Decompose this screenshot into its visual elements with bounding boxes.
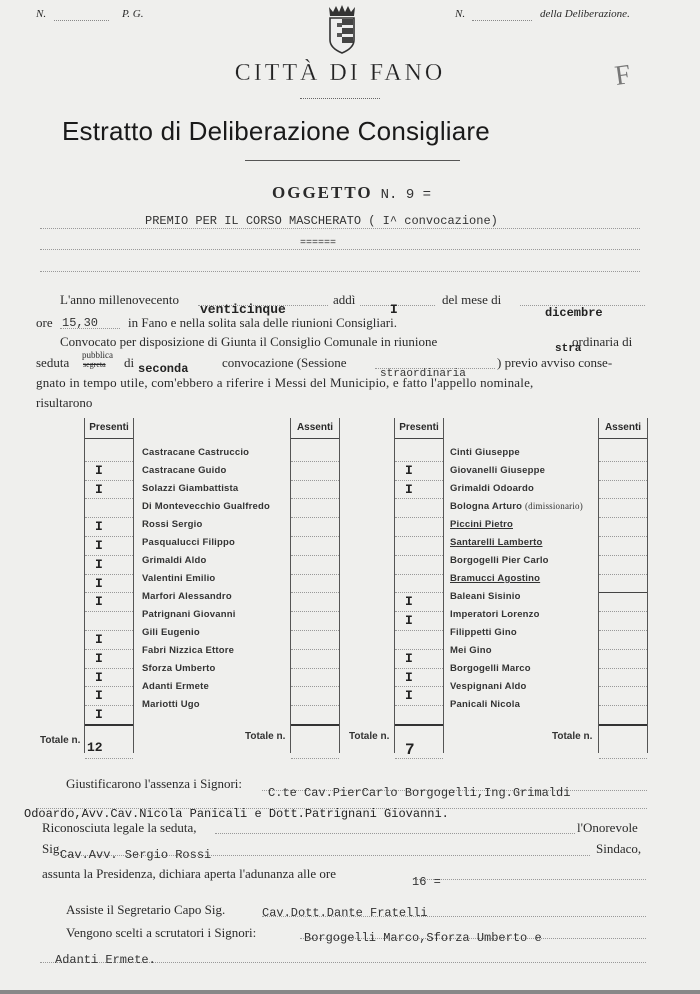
left-assenti-cell[interactable]	[291, 650, 339, 669]
giustificarono-value-1: C.te Cav.PierCarlo Borgogelli,Ing.Grimal…	[268, 786, 570, 800]
right-presenti-header: Presenti	[395, 418, 443, 439]
left-presenti-total-cell[interactable]: 12	[85, 734, 133, 759]
convocazione-value: seconda	[138, 362, 188, 376]
right-presenti-cell[interactable]	[395, 518, 443, 537]
right-assenti-header: Assenti	[599, 418, 647, 439]
left-assenti-cell[interactable]	[291, 537, 339, 556]
segretario-label: Assiste il Segretario Capo Sig.	[66, 902, 225, 918]
member-name: Marfori Alessandro	[142, 591, 232, 602]
left-presenti-cell[interactable]: I	[85, 556, 133, 575]
presenti-total-value: 7	[405, 742, 415, 759]
seduta-segreta: segreta	[83, 360, 106, 369]
member-name: Patrignani Giovanni	[142, 609, 236, 620]
convocato-text: Convocato per disposizione di Giunta il …	[60, 334, 437, 350]
member-name: Santarelli Lamberto	[450, 537, 543, 548]
member-name: Bologna Arturo (dimissionario)	[450, 501, 583, 512]
left-presenti-cell[interactable]: I	[85, 518, 133, 537]
protocol-number-field	[54, 8, 109, 21]
left-assenti-cell[interactable]	[291, 443, 339, 462]
right-assenti-cell[interactable]	[599, 518, 647, 537]
right-presenti-cell[interactable]	[395, 631, 443, 650]
seduta-pubblica: pubblica	[82, 350, 113, 360]
scrutatori-label: Vengono scelti a scrutatori i Signori:	[66, 925, 256, 941]
member-name: Rossi Sergio	[142, 519, 202, 530]
member-name: Castracane Guido	[142, 465, 227, 476]
member-note: (dimissionario)	[525, 501, 583, 511]
right-presenti-cell[interactable]: I	[395, 687, 443, 706]
presence-mark: I	[95, 518, 103, 535]
left-presenti-cell[interactable]	[85, 499, 133, 518]
protocol-number-label: N.	[36, 8, 46, 20]
right-assenti-column: Assenti	[598, 418, 648, 753]
presidenza-label: assunta la Presidenza, dichiara aperta l…	[42, 866, 336, 882]
right-presenti-column: Presenti I I I I I I I 7	[394, 418, 444, 753]
left-presenti-cell[interactable]: I	[85, 687, 133, 706]
left-presenti-cell[interactable]: I	[85, 575, 133, 594]
member-name: Borgogelli Pier Carlo	[450, 555, 549, 566]
right-presenti-cell[interactable]	[395, 706, 443, 726]
ordinaria-text: ordinaria di	[572, 334, 632, 350]
left-assenti-cell[interactable]	[291, 706, 339, 726]
presence-mark: I	[95, 687, 103, 704]
left-presenti-cell[interactable]: I	[85, 631, 133, 650]
right-presenti-cell[interactable]: I	[395, 669, 443, 688]
giustificarono-label: Giustificarono l'assenza i Signori:	[66, 776, 242, 792]
presence-mark: I	[95, 650, 103, 667]
subject-line-3	[40, 271, 640, 272]
right-assenti-cell[interactable]	[599, 575, 647, 594]
member-name: Gili Eugenio	[142, 627, 200, 638]
member-name: Mei Gino	[450, 645, 492, 656]
left-assenti-cell[interactable]	[291, 462, 339, 481]
left-presenti-cell[interactable]: I	[85, 669, 133, 688]
member-name: Baleani Sisinio	[450, 591, 521, 602]
left-presenti-cell[interactable]	[85, 443, 133, 462]
deliberation-number-field	[472, 8, 532, 21]
subject-line-2	[40, 249, 640, 250]
mese-label: del mese di	[442, 292, 501, 308]
member-name: Pasqualucci Filippo	[142, 537, 235, 548]
riconosciuta-line	[215, 833, 575, 834]
presence-mark: I	[405, 593, 413, 610]
mese-value: dicembre	[545, 306, 603, 320]
oggetto-heading: OGGETTO N. 9 =	[272, 183, 431, 203]
oggetto-label: OGGETTO	[272, 183, 373, 202]
right-presenti-cell[interactable]: I	[395, 650, 443, 669]
presence-mark: I	[405, 687, 413, 704]
member-name: Grimaldi Aldo	[142, 555, 207, 566]
left-assenti-cell[interactable]	[291, 481, 339, 500]
deliberation-number-label: N.	[455, 8, 465, 20]
oggetto-separator: ======	[300, 238, 336, 249]
right-presenti-cell[interactable]	[395, 499, 443, 518]
onorevole-label: l'Onorevole	[577, 820, 638, 836]
sindaco-value: Cav.Avv. Sergio Rossi	[60, 848, 211, 862]
member-name: Imperatori Lorenzo	[450, 609, 540, 620]
member-name: Panicali Nicola	[450, 699, 520, 710]
luogo-text: in Fano e nella solita sala delle riunio…	[128, 315, 397, 331]
presence-mark: I	[95, 669, 103, 686]
right-presenti-cell[interactable]	[395, 575, 443, 594]
left-assenti-cell[interactable]	[291, 499, 339, 518]
right-presenti-total-cell[interactable]: 7	[395, 734, 443, 759]
intro-line-3: gnato in tempo utile, com'ebbero a rifer…	[36, 375, 534, 391]
member-name: Sforza Umberto	[142, 663, 216, 674]
left-assenti-cell[interactable]	[291, 612, 339, 631]
left-presenti-cell[interactable]: I	[85, 481, 133, 500]
left-assenti-column: Assenti	[290, 418, 340, 753]
presidenza-ore: 16 =	[412, 875, 441, 889]
right-assenti-cell[interactable]	[599, 687, 647, 706]
ore-line	[60, 328, 120, 329]
right-assenti-cell[interactable]	[599, 593, 647, 612]
city-name: CITTÀ DI FANO	[0, 60, 680, 87]
left-assenti-header: Assenti	[291, 418, 339, 439]
presence-mark: I	[95, 631, 103, 648]
right-assenti-cell[interactable]	[599, 556, 647, 575]
member-name: Grimaldi Odoardo	[450, 483, 534, 494]
right-assenti-cell[interactable]	[599, 481, 647, 500]
member-name: Vespignani Aldo	[450, 681, 527, 692]
seduta-label: seduta	[36, 355, 69, 371]
member-name: Castracane Castruccio	[142, 447, 249, 458]
left-assenti-cell[interactable]	[291, 687, 339, 706]
right-presenti-cell[interactable]	[395, 556, 443, 575]
member-name-text: Bologna Arturo	[450, 501, 522, 512]
member-name: Piccini Pietro	[450, 519, 513, 530]
presence-mark: I	[95, 593, 103, 610]
member-name: Giovanelli Giuseppe	[450, 465, 545, 476]
convocazione-text: convocazione (Sessione	[222, 355, 347, 371]
member-name: Adanti Ermete	[142, 681, 209, 692]
right-presenti-cell[interactable]	[395, 537, 443, 556]
right-presenti-cell[interactable]: I	[395, 481, 443, 500]
member-name: Valentini Emilio	[142, 573, 215, 584]
scrutatori-value-2: Adanti Ermete.	[55, 953, 156, 967]
left-presenti-cell[interactable]: I	[85, 537, 133, 556]
right-assenti-total-cell[interactable]	[599, 734, 647, 759]
right-assenti-cell[interactable]	[599, 706, 647, 726]
left-assenti-cell[interactable]	[291, 518, 339, 537]
oggetto-number: N. 9 =	[381, 187, 431, 203]
coat-of-arms-icon	[325, 4, 359, 54]
right-assenti-cell[interactable]	[599, 612, 647, 631]
pg-label: P. G.	[122, 8, 144, 20]
left-assenti-cell[interactable]	[291, 593, 339, 612]
left-presenti-cell[interactable]: I	[85, 462, 133, 481]
presence-mark: I	[95, 537, 103, 554]
presence-mark: I	[95, 462, 103, 479]
left-presenti-column: Presenti I I I I I I I I I I I I 12	[84, 418, 134, 753]
right-assenti-cell[interactable]	[599, 499, 647, 518]
presence-mark: I	[95, 556, 103, 573]
right-assenti-cell[interactable]	[599, 669, 647, 688]
addi-label: addì	[333, 292, 355, 308]
right-presenti-cell[interactable]	[395, 443, 443, 462]
left-assenti-cell[interactable]	[291, 631, 339, 650]
anno-label: L'anno millenovecento	[60, 292, 179, 308]
scrutatori-value-1: Borgogelli Marco,Sforza Umberto e	[304, 931, 542, 945]
member-name: Solazzi Giambattista	[142, 483, 238, 494]
deliberation-label: della Deliberazione.	[540, 8, 630, 20]
risultarono-text: risultarono	[36, 395, 92, 411]
right-assenti-cell[interactable]	[599, 650, 647, 669]
right-presenti-cell[interactable]: I	[395, 612, 443, 631]
member-name: Bramucci Agostino	[450, 573, 540, 584]
giustificarono-value-2: Odoardo,Avv.Cav.Nicola Panicali e Dott.P…	[24, 807, 449, 821]
right-assenti-cell[interactable]	[599, 631, 647, 650]
di-label: di	[124, 355, 134, 371]
presenti-total-value: 12	[87, 739, 103, 756]
right-assenti-cell[interactable]	[599, 443, 647, 462]
left-presenti-cell[interactable]: I	[85, 706, 133, 726]
member-name: Filippetti Gino	[450, 627, 517, 638]
left-assenti-cell[interactable]	[291, 575, 339, 594]
right-assenti-cell[interactable]	[599, 537, 647, 556]
right-totale-presenti-label: Totale n.	[349, 731, 389, 742]
city-underline	[300, 98, 380, 99]
left-presenti-header: Presenti	[85, 418, 133, 439]
presidenza-line	[413, 879, 646, 880]
presence-mark: I	[95, 575, 103, 592]
title-underline	[245, 160, 460, 161]
riconosciuta-label: Riconosciuta legale la seduta,	[42, 820, 197, 836]
right-presenti-cell[interactable]: I	[395, 462, 443, 481]
right-assenti-cell[interactable]	[599, 462, 647, 481]
document-page: N. P. G. N. della Deliberazione. F CITTÀ…	[0, 0, 700, 994]
member-name: Borgogelli Marco	[450, 663, 531, 674]
sindaco-label: Sindaco,	[596, 841, 641, 857]
ore-label: ore	[36, 315, 53, 331]
presence-mark: I	[95, 481, 103, 498]
left-assenti-total-cell[interactable]	[291, 734, 339, 759]
page-bottom-edge	[0, 990, 700, 994]
left-presenti-cell[interactable]	[85, 612, 133, 631]
left-assenti-cell[interactable]	[291, 556, 339, 575]
left-totale-assenti-label: Totale n.	[245, 731, 285, 742]
member-name: Cinti Giuseppe	[450, 447, 520, 458]
member-name: Mariotti Ugo	[142, 699, 200, 710]
document-title: Estratto di Deliberazione Consigliare	[62, 116, 490, 147]
oggetto-subject: PREMIO PER IL CORSO MASCHERATO ( I^ conv…	[145, 214, 498, 228]
segretario-value: Cav.Dott.Dante Fratelli	[262, 906, 428, 920]
presence-mark: I	[405, 612, 413, 629]
member-name: Fabri Nizzica Ettore	[142, 645, 234, 656]
presence-mark: I	[405, 650, 413, 667]
previo-text: ) previo avviso conse-	[497, 355, 612, 371]
presence-mark: I	[405, 481, 413, 498]
subject-line-1	[40, 228, 640, 229]
right-presenti-cell[interactable]: I	[395, 593, 443, 612]
presence-mark: I	[405, 669, 413, 686]
left-presenti-cell[interactable]: I	[85, 593, 133, 612]
anno-line	[198, 305, 328, 306]
presence-mark: I	[405, 462, 413, 479]
left-totale-presenti-label: Totale n.	[40, 735, 80, 746]
member-name: Di Montevecchio Gualfredo	[142, 501, 270, 512]
left-assenti-cell[interactable]	[291, 669, 339, 688]
right-totale-assenti-label: Totale n.	[552, 731, 592, 742]
left-presenti-cell[interactable]: I	[85, 650, 133, 669]
presence-mark: I	[95, 706, 103, 723]
